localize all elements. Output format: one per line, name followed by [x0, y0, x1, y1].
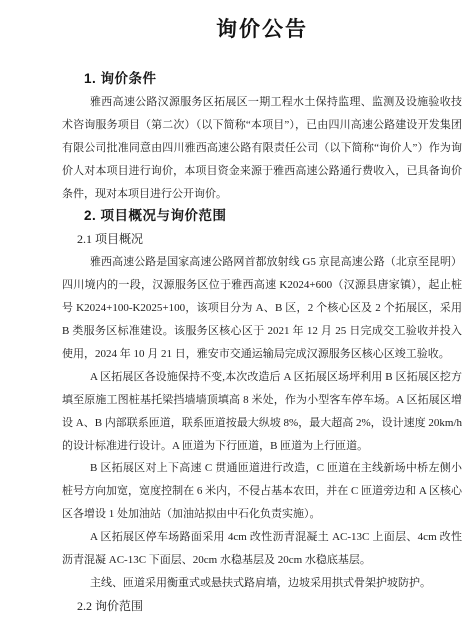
section-1-heading: 1. 询价条件: [62, 68, 462, 91]
subsection-2-1-heading: 2.1 项目概况: [62, 228, 462, 251]
subsection-2-2-heading: 2.2 询价范围: [62, 595, 462, 618]
paragraph-project-overview-3: B 区拓展区对上下高速 C 贯通匝道进行改造，C 匝道在主线新场中桥左侧小桩号方…: [62, 457, 462, 526]
paragraph-project-overview-5: 主线、匝道采用衡重式或悬扶式路肩墙，边坡采用拱式骨架护坡防护。: [62, 572, 462, 595]
paragraph-project-overview-4: A 区拓展区停车场路面采用 4cm 改性沥青混凝土 AC-13C 上面层、4cm…: [62, 526, 462, 572]
paragraph-project-overview-1: 雅西高速公路是国家高速公路网首都放射线 G5 京昆高速公路（北京至昆明）四川境内…: [62, 251, 462, 366]
document-page: 询价公告 1. 询价条件 雅西高速公路汉源服务区拓展区一期工程水土保持监理、监测…: [0, 0, 474, 642]
paragraph-inquiry-conditions: 雅西高速公路汉源服务区拓展区一期工程水土保持监理、监测及设施验收技术咨询服务项目…: [62, 91, 462, 206]
section-2-heading: 2. 项目概况与询价范围: [62, 205, 462, 228]
document-body: 1. 询价条件 雅西高速公路汉源服务区拓展区一期工程水土保持监理、监测及设施验收…: [62, 68, 462, 618]
paragraph-project-overview-2: A 区拓展区各设施保持不变,本次改造后 A 区拓展区场坪利用 B 区拓展区挖方填…: [62, 366, 462, 458]
document-title: 询价公告: [62, 16, 462, 42]
